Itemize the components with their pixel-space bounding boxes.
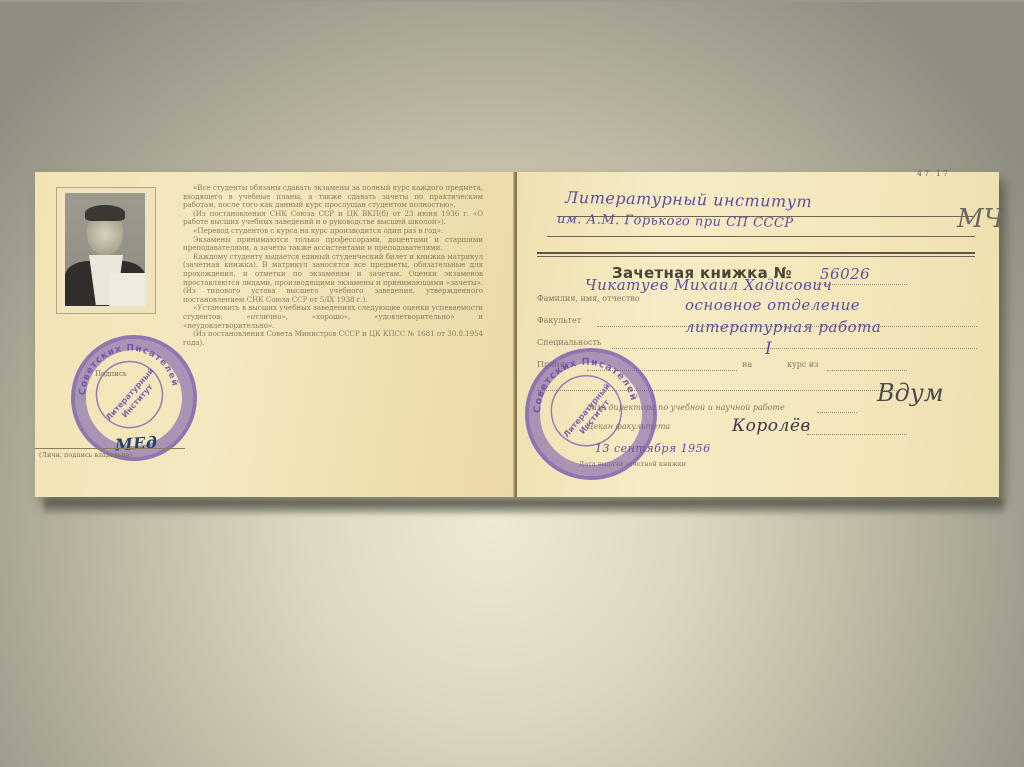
field-label-specialty: Специальность	[537, 338, 601, 347]
institution-underline	[547, 236, 975, 237]
footnote-text: (Личн. подпись владельца)	[35, 449, 185, 459]
specialty-dots	[612, 348, 977, 349]
field-value-fullname: Чикатуев Михаил Хадисович	[585, 276, 832, 294]
footnote-line: (Личн. подпись владельца)	[35, 448, 185, 459]
rules-paragraph: Каждому студенту выдается единый студенч…	[183, 253, 483, 305]
rules-paragraph: (Из постановления СНК Союза ССР и ЦК ВКП…	[183, 210, 483, 227]
rules-paragraph: Экзамены принимаются только профессорами…	[183, 236, 483, 253]
photo-frame	[56, 187, 156, 314]
rules-paragraph: (Из постановления Совета Министров СССР …	[183, 330, 483, 347]
institution-name: Литературный институт	[565, 188, 812, 211]
header-double-line	[537, 256, 975, 257]
student-photo	[65, 193, 145, 306]
field-label-faculty: Факультет	[537, 316, 581, 325]
field-value-course: I	[765, 339, 772, 359]
field-suffix-course: курс из	[787, 360, 819, 369]
rules-paragraph: «Установить в высших учебных заведениях …	[183, 304, 483, 330]
rules-paragraph: «Все студенты обязаны сдавать экзамены з…	[183, 184, 483, 210]
header-double-line	[537, 252, 975, 254]
field-value-faculty: основное отделение	[685, 296, 860, 314]
dean-signature: Королёв	[732, 416, 811, 436]
rector-dots	[817, 412, 857, 413]
right-page: 47 17 Литературный институт им. А.М. Гор…	[517, 172, 999, 497]
rules-text: «Все студенты обязаны сдавать экзамены з…	[183, 184, 483, 347]
field-prefix-course: на	[742, 360, 752, 369]
field-label-fullname: Фамилия, имя, отчество	[537, 294, 640, 303]
course-dots	[827, 370, 907, 371]
photo-corner	[109, 273, 145, 306]
rector-signature: Вдум	[877, 379, 944, 407]
photo-hair	[85, 205, 125, 221]
book-shadow	[44, 500, 1004, 514]
initials-mark: МЧ	[957, 204, 1004, 234]
corner-number: 47 17	[917, 169, 950, 178]
dean-dots	[807, 434, 907, 435]
left-page: «Все студенты обязаны сдавать экзамены з…	[35, 172, 515, 497]
field-value-specialty: литературная работа	[685, 318, 881, 336]
record-book: «Все студенты обязаны сдавать экзамены з…	[35, 172, 999, 497]
institution-subtitle: им. А.М. Горького при СП СССР	[557, 212, 794, 231]
frame-top-border	[0, 0, 1024, 2]
